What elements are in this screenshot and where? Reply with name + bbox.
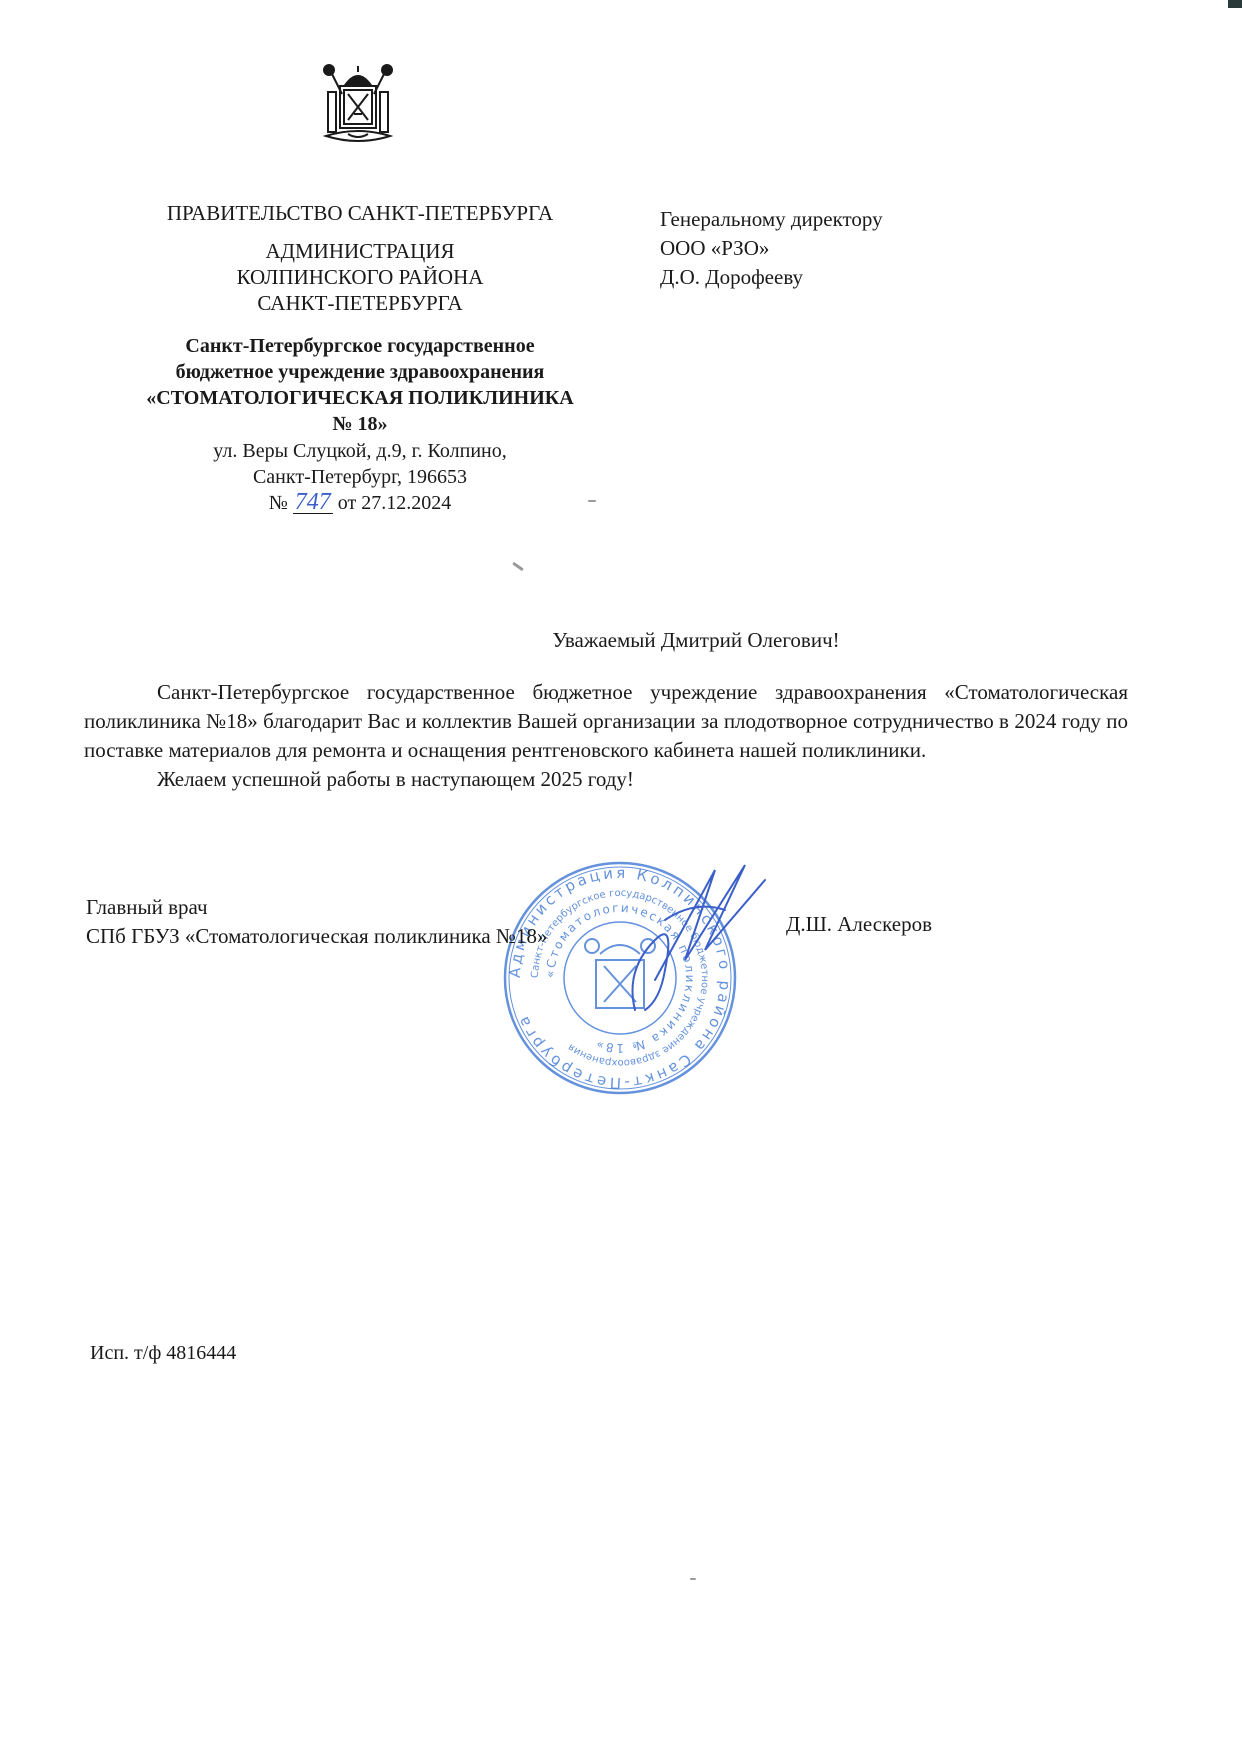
- registration-prefix: №: [269, 492, 288, 514]
- recipient-line: ООО «РЗО»: [660, 234, 883, 263]
- letter-body: Санкт-Петербургское государственное бюдж…: [84, 678, 1128, 794]
- scan-mark: [1228, 0, 1242, 8]
- signer-position: Главный врач: [86, 893, 547, 922]
- handwritten-signature-icon: [605, 860, 775, 1040]
- scan-speck: [512, 562, 524, 571]
- institution-block: Санкт-Петербургское государственное бюдж…: [100, 333, 620, 437]
- address-line: ул. Веры Слуцкой, д.9, г. Колпино,: [100, 438, 620, 464]
- signer-organization: СПб ГБУЗ «Стоматологическая поликлиника …: [86, 922, 547, 951]
- administration-block: АДМИНИСТРАЦИЯ КОЛПИНСКОГО РАЙОНА САНКТ-П…: [120, 238, 600, 316]
- institution-line: бюджетное учреждение здравоохранения: [100, 359, 620, 385]
- salutation: Уважаемый Дмитрий Олегович!: [0, 628, 1242, 653]
- institution-line: № 18»: [100, 411, 620, 437]
- institution-line: Санкт-Петербургское государственное: [100, 333, 620, 359]
- body-paragraph: Желаем успешной работы в наступающем 202…: [84, 765, 1128, 794]
- coat-of-arms-icon: [318, 64, 398, 146]
- recipient-line: Д.О. Дорофееву: [660, 263, 883, 292]
- administration-line: САНКТ-ПЕТЕРБУРГА: [120, 290, 600, 316]
- scan-speck: [690, 1578, 696, 1580]
- administration-line: КОЛПИНСКОГО РАЙОНА: [120, 264, 600, 290]
- registration-number: 747: [293, 491, 333, 514]
- recipient-line: Генеральному директору: [660, 205, 883, 234]
- executor-phone: Исп. т/ф 4816444: [90, 1342, 236, 1365]
- scan-speck: [588, 500, 596, 502]
- institution-line: «СТОМАТОЛОГИЧЕСКАЯ ПОЛИКЛИНИКА: [100, 385, 620, 411]
- body-paragraph: Санкт-Петербургское государственное бюдж…: [84, 678, 1128, 765]
- registration-line: № 747 от 27.12.2024: [100, 490, 620, 516]
- address-line: Санкт-Петербург, 196653: [100, 464, 620, 490]
- registration-date: от 27.12.2024: [338, 492, 451, 514]
- signer-name: Д.Ш. Алескеров: [786, 912, 932, 937]
- address-block: ул. Веры Слуцкой, д.9, г. Колпино, Санкт…: [100, 438, 620, 516]
- administration-line: АДМИНИСТРАЦИЯ: [120, 238, 600, 264]
- signature-block: Главный врач СПб ГБУЗ «Стоматологическая…: [86, 893, 547, 951]
- government-title: ПРАВИТЕЛЬСТВО САНКТ-ПЕТЕРБУРГА: [120, 200, 600, 226]
- recipient-block: Генеральному директору ООО «РЗО» Д.О. До…: [660, 205, 883, 292]
